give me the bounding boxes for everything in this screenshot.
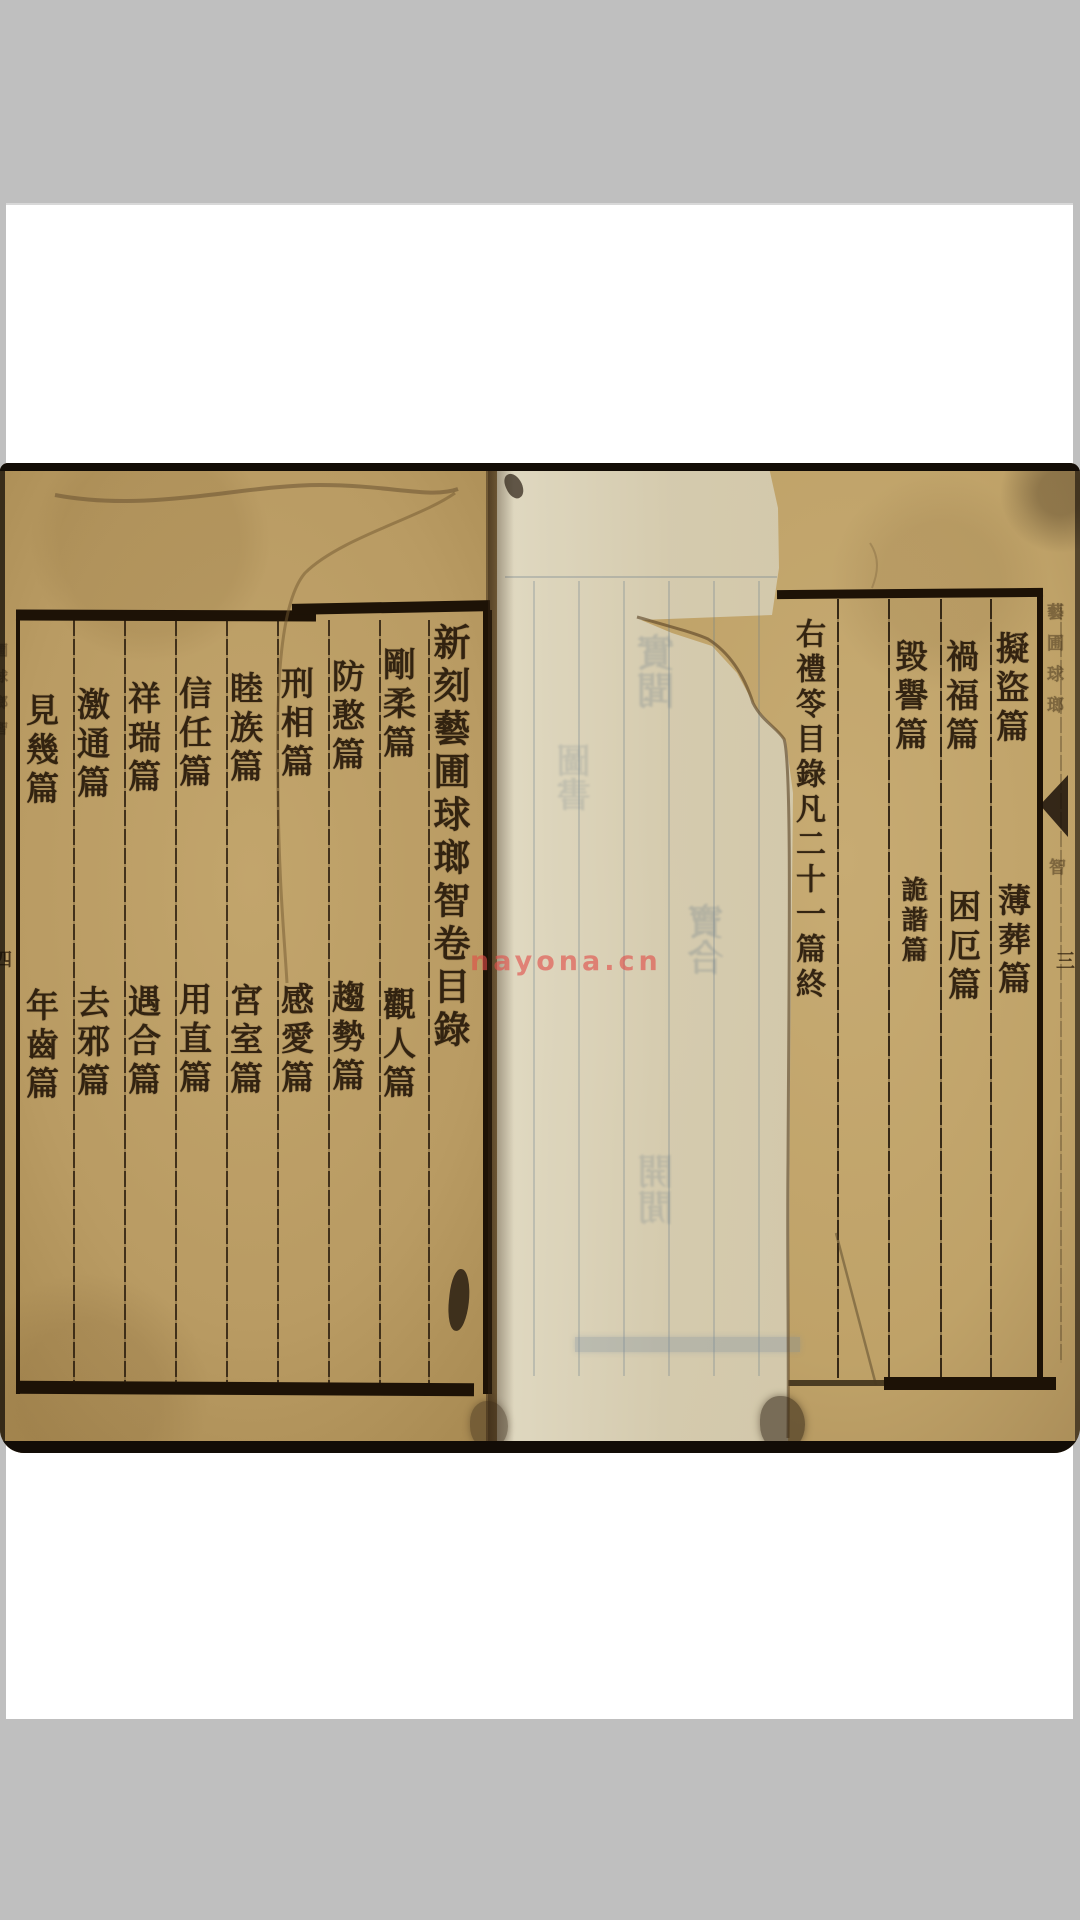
book-bottom-edge [0, 1441, 1080, 1453]
book-right-edge [1075, 463, 1080, 1453]
book-scan: 新刻藝圃球瑯智卷目錄 剛柔篇 觀人篇 防憨篇 趨勢篇 刑相篇 感愛篇 睦族篇 宮… [0, 463, 1080, 1453]
book-left-edge [0, 463, 5, 1453]
watermark: nayona.cn [470, 946, 662, 977]
viewer-stage: 新刻藝圃球瑯智卷目錄 剛柔篇 觀人篇 防憨篇 趨勢篇 刑相篇 感愛篇 睦族篇 宮… [0, 0, 1080, 1920]
book-top-edge [0, 463, 1080, 471]
